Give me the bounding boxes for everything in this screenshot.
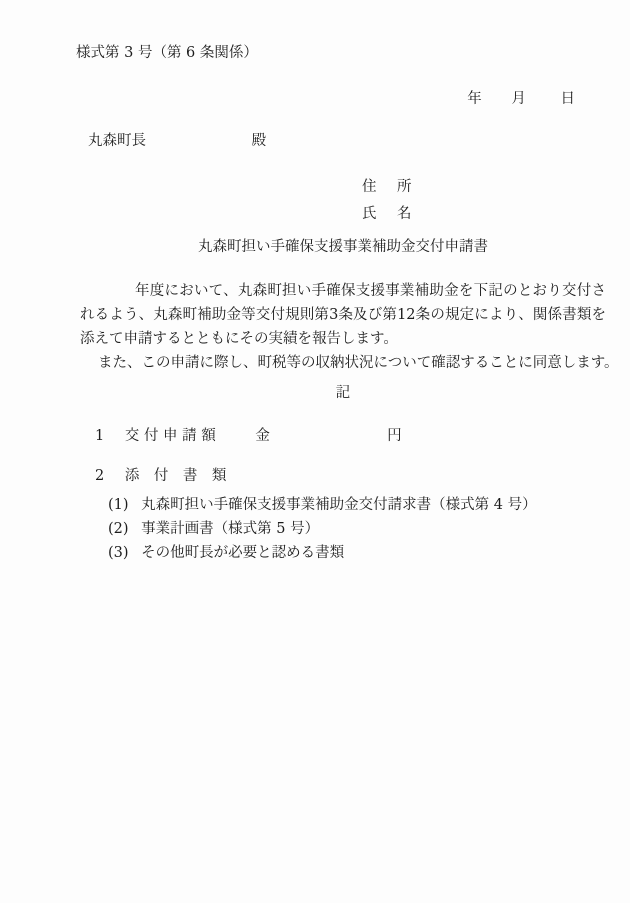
body-line-3: 添えて申請するとともにその実績を報告します。 xyxy=(80,327,606,351)
item-attached-documents: 2 添 付 書 類 xyxy=(95,469,226,484)
date-month-label: 月 xyxy=(511,91,526,107)
body-line-2: れるよう、丸森町補助金等交付規則第3条及び第12条の規定により、関係書類を xyxy=(80,303,606,327)
form-number: 様式第 3 号（第 6 条関係） xyxy=(76,46,258,61)
item-2-label: 添 付 書 類 xyxy=(125,468,227,484)
addressee-name: 丸森町長 xyxy=(88,133,146,149)
application-form-page: 様式第 3 号（第 6 条関係） 年 月 日 丸森町長 殿 住 所 氏 名 丸森… xyxy=(0,0,630,903)
attachment-1-text: 丸森町担い手確保支援事業補助金交付請求書（様式第 4 号） xyxy=(141,497,536,513)
body-line-1: 年度において、丸森町担い手確保支援事業補助金を下記のとおり交付さ xyxy=(80,279,606,303)
attachment-row: (3) その他町長が必要と認める書類 xyxy=(108,541,537,565)
attachment-3-text: その他町長が必要と認める書類 xyxy=(141,545,344,561)
document-title: 丸森町担い手確保支援事業補助金交付申請書 xyxy=(80,240,606,255)
attachment-list: (1) 丸森町担い手確保支援事業補助金交付請求書（様式第 4 号） (2) 事業… xyxy=(108,493,537,565)
body-line-4: また、この申請に際し、町税等の収納状況について確認することに同意します。 xyxy=(80,351,606,375)
attachment-1-number: (1) xyxy=(108,497,129,513)
addressee-line: 丸森町長 殿 xyxy=(88,134,266,149)
date-year-label: 年 xyxy=(467,91,482,107)
date-line: 年 月 日 xyxy=(467,92,575,107)
date-day-label: 日 xyxy=(561,91,576,107)
attachment-row: (1) 丸森町担い手確保支援事業補助金交付請求書（様式第 4 号） xyxy=(108,493,537,517)
addressee-honorific: 殿 xyxy=(252,133,267,149)
applicant-name-label: 氏 名 xyxy=(362,207,415,222)
currency-prefix-label: 金 xyxy=(255,428,270,444)
body-paragraphs: 年度において、丸森町担い手確保支援事業補助金を下記のとおり交付さ れるよう、丸森… xyxy=(80,279,606,375)
item-1-label: 交 付 申 請 額 xyxy=(125,428,216,444)
applicant-address-label: 住 所 xyxy=(362,180,415,195)
item-1-number: 1 xyxy=(95,428,104,444)
record-marker: 記 xyxy=(80,386,606,401)
attachment-row: (2) 事業計画書（様式第 5 号） xyxy=(108,517,537,541)
item-grant-amount: 1 交 付 申 請 額 金 円 xyxy=(95,429,402,444)
attachment-3-number: (3) xyxy=(108,545,129,561)
item-2-number: 2 xyxy=(95,468,104,484)
currency-suffix-label: 円 xyxy=(387,428,402,444)
attachment-2-number: (2) xyxy=(108,521,129,537)
attachment-2-text: 事業計画書（様式第 5 号） xyxy=(141,521,319,537)
